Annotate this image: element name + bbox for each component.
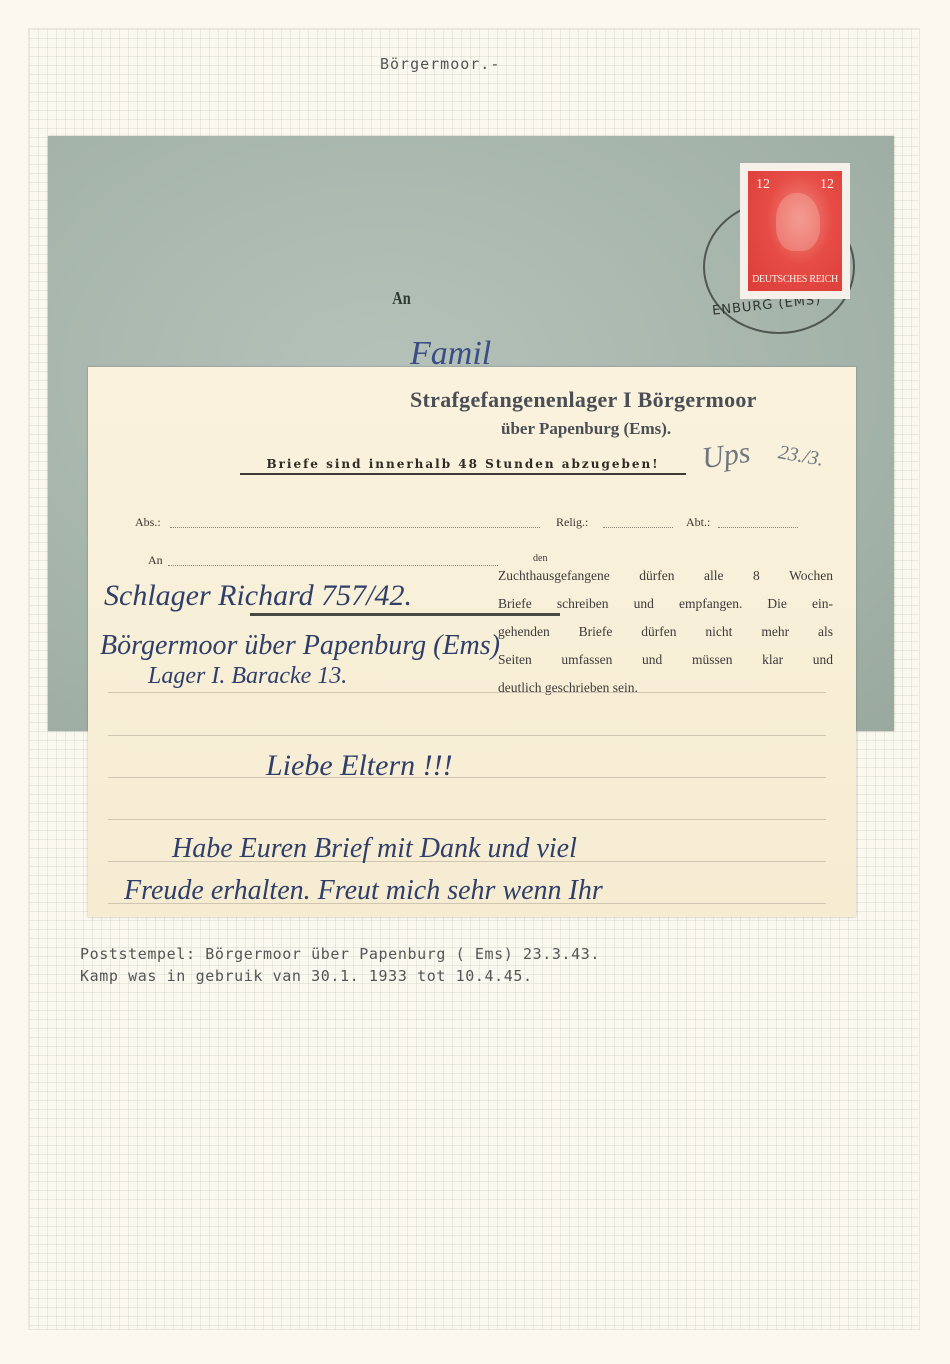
- camp-subheader-stamp: über Papenburg (Ems).: [501, 419, 671, 439]
- letter-form: Strafgefangenenlager I Börgermoor über P…: [88, 367, 856, 917]
- religion-label: Relig.:: [556, 515, 588, 530]
- ruled-line: [108, 735, 826, 736]
- portrait-icon: [776, 193, 820, 251]
- ruled-line: [108, 819, 826, 820]
- censor-initials: Ups: [700, 436, 753, 476]
- sender-label: Abs.:: [135, 515, 161, 530]
- caption-postmark: Poststempel: Börgermoor über Papenburg (…: [80, 945, 600, 963]
- ruled-line: [108, 692, 826, 693]
- department-label: Abt.:: [686, 515, 710, 530]
- handwritten-sender-name: Schlager Richard 757/42.: [104, 579, 412, 613]
- prison-rules-text: Zuchthausgefangene dürfen alle 8 Wochen …: [498, 562, 833, 702]
- recipient-dotted-line: [168, 565, 498, 566]
- rules-line: Zuchthausgefangene dürfen alle 8 Wochen: [498, 562, 833, 590]
- sender-dotted-line: [170, 527, 540, 528]
- page-title: Börgermoor.-: [380, 55, 500, 73]
- handwritten-greeting: Liebe Eltern !!!: [266, 749, 453, 783]
- recipient-label: An: [148, 553, 163, 568]
- rules-line: gehenden Briefe dürfen nicht mehr als: [498, 618, 833, 646]
- envelope-address-label: An: [392, 288, 410, 309]
- stamp-value-left: 12: [756, 177, 770, 193]
- handwritten-body-line: Freude erhalten. Freut mich sehr wenn Ih…: [124, 875, 603, 907]
- rules-line: deutlich geschrieben sein.: [498, 674, 833, 702]
- delivery-notice: Briefe sind innerhalb 48 Stunden abzugeb…: [240, 457, 686, 475]
- caption-camp-history: Kamp was in gebruik van 30.1. 1933 tot 1…: [80, 967, 533, 985]
- stamp-value-right: 12: [820, 177, 834, 193]
- camp-header-stamp: Strafgefangenenlager I Börgermoor: [410, 387, 757, 413]
- department-dotted-line: [718, 527, 798, 528]
- stamp-face: 12 12 DEUTSCHES REICH: [748, 171, 842, 291]
- handwritten-body-line: Habe Euren Brief mit Dank und viel: [172, 833, 577, 865]
- stamp-country: DEUTSCHES REICH: [748, 274, 842, 285]
- handwritten-sender-address: Börgermoor über Papenburg (Ems): [100, 630, 500, 662]
- censor-date: 23./3.: [776, 441, 825, 472]
- ruled-line: [108, 777, 826, 778]
- handwritten-sender-barrack: Lager I. Baracke 13.: [148, 663, 347, 690]
- handwriting-underline: [250, 613, 560, 616]
- postage-stamp: 12 12 DEUTSCHES REICH: [740, 163, 850, 299]
- religion-dotted-line: [603, 527, 673, 528]
- rules-line: Seiten umfassen und müssen klar und: [498, 646, 833, 674]
